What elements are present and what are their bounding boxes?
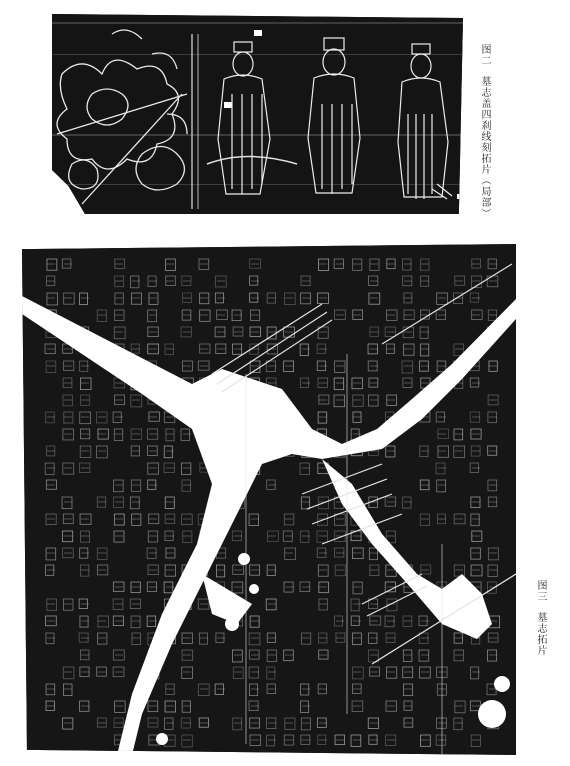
figure-3-epitaph-rubbing	[22, 244, 516, 755]
cover-rubbing-image	[52, 14, 463, 214]
epitaph-rubbing-image	[22, 244, 516, 755]
figure-2-number: 图二	[478, 44, 490, 66]
figure-3-caption: 图三墓志拓片	[534, 580, 546, 656]
figure-2-cover-rubbing	[52, 14, 463, 214]
figure-3-number: 图三	[534, 580, 546, 602]
figure-2-title: 墓志盖四刹线刻拓片（局部）	[479, 76, 490, 219]
figure-2-caption: 图二墓志盖四刹线刻拓片（局部）	[478, 44, 490, 219]
figure-3-title: 墓志拓片	[535, 612, 546, 656]
